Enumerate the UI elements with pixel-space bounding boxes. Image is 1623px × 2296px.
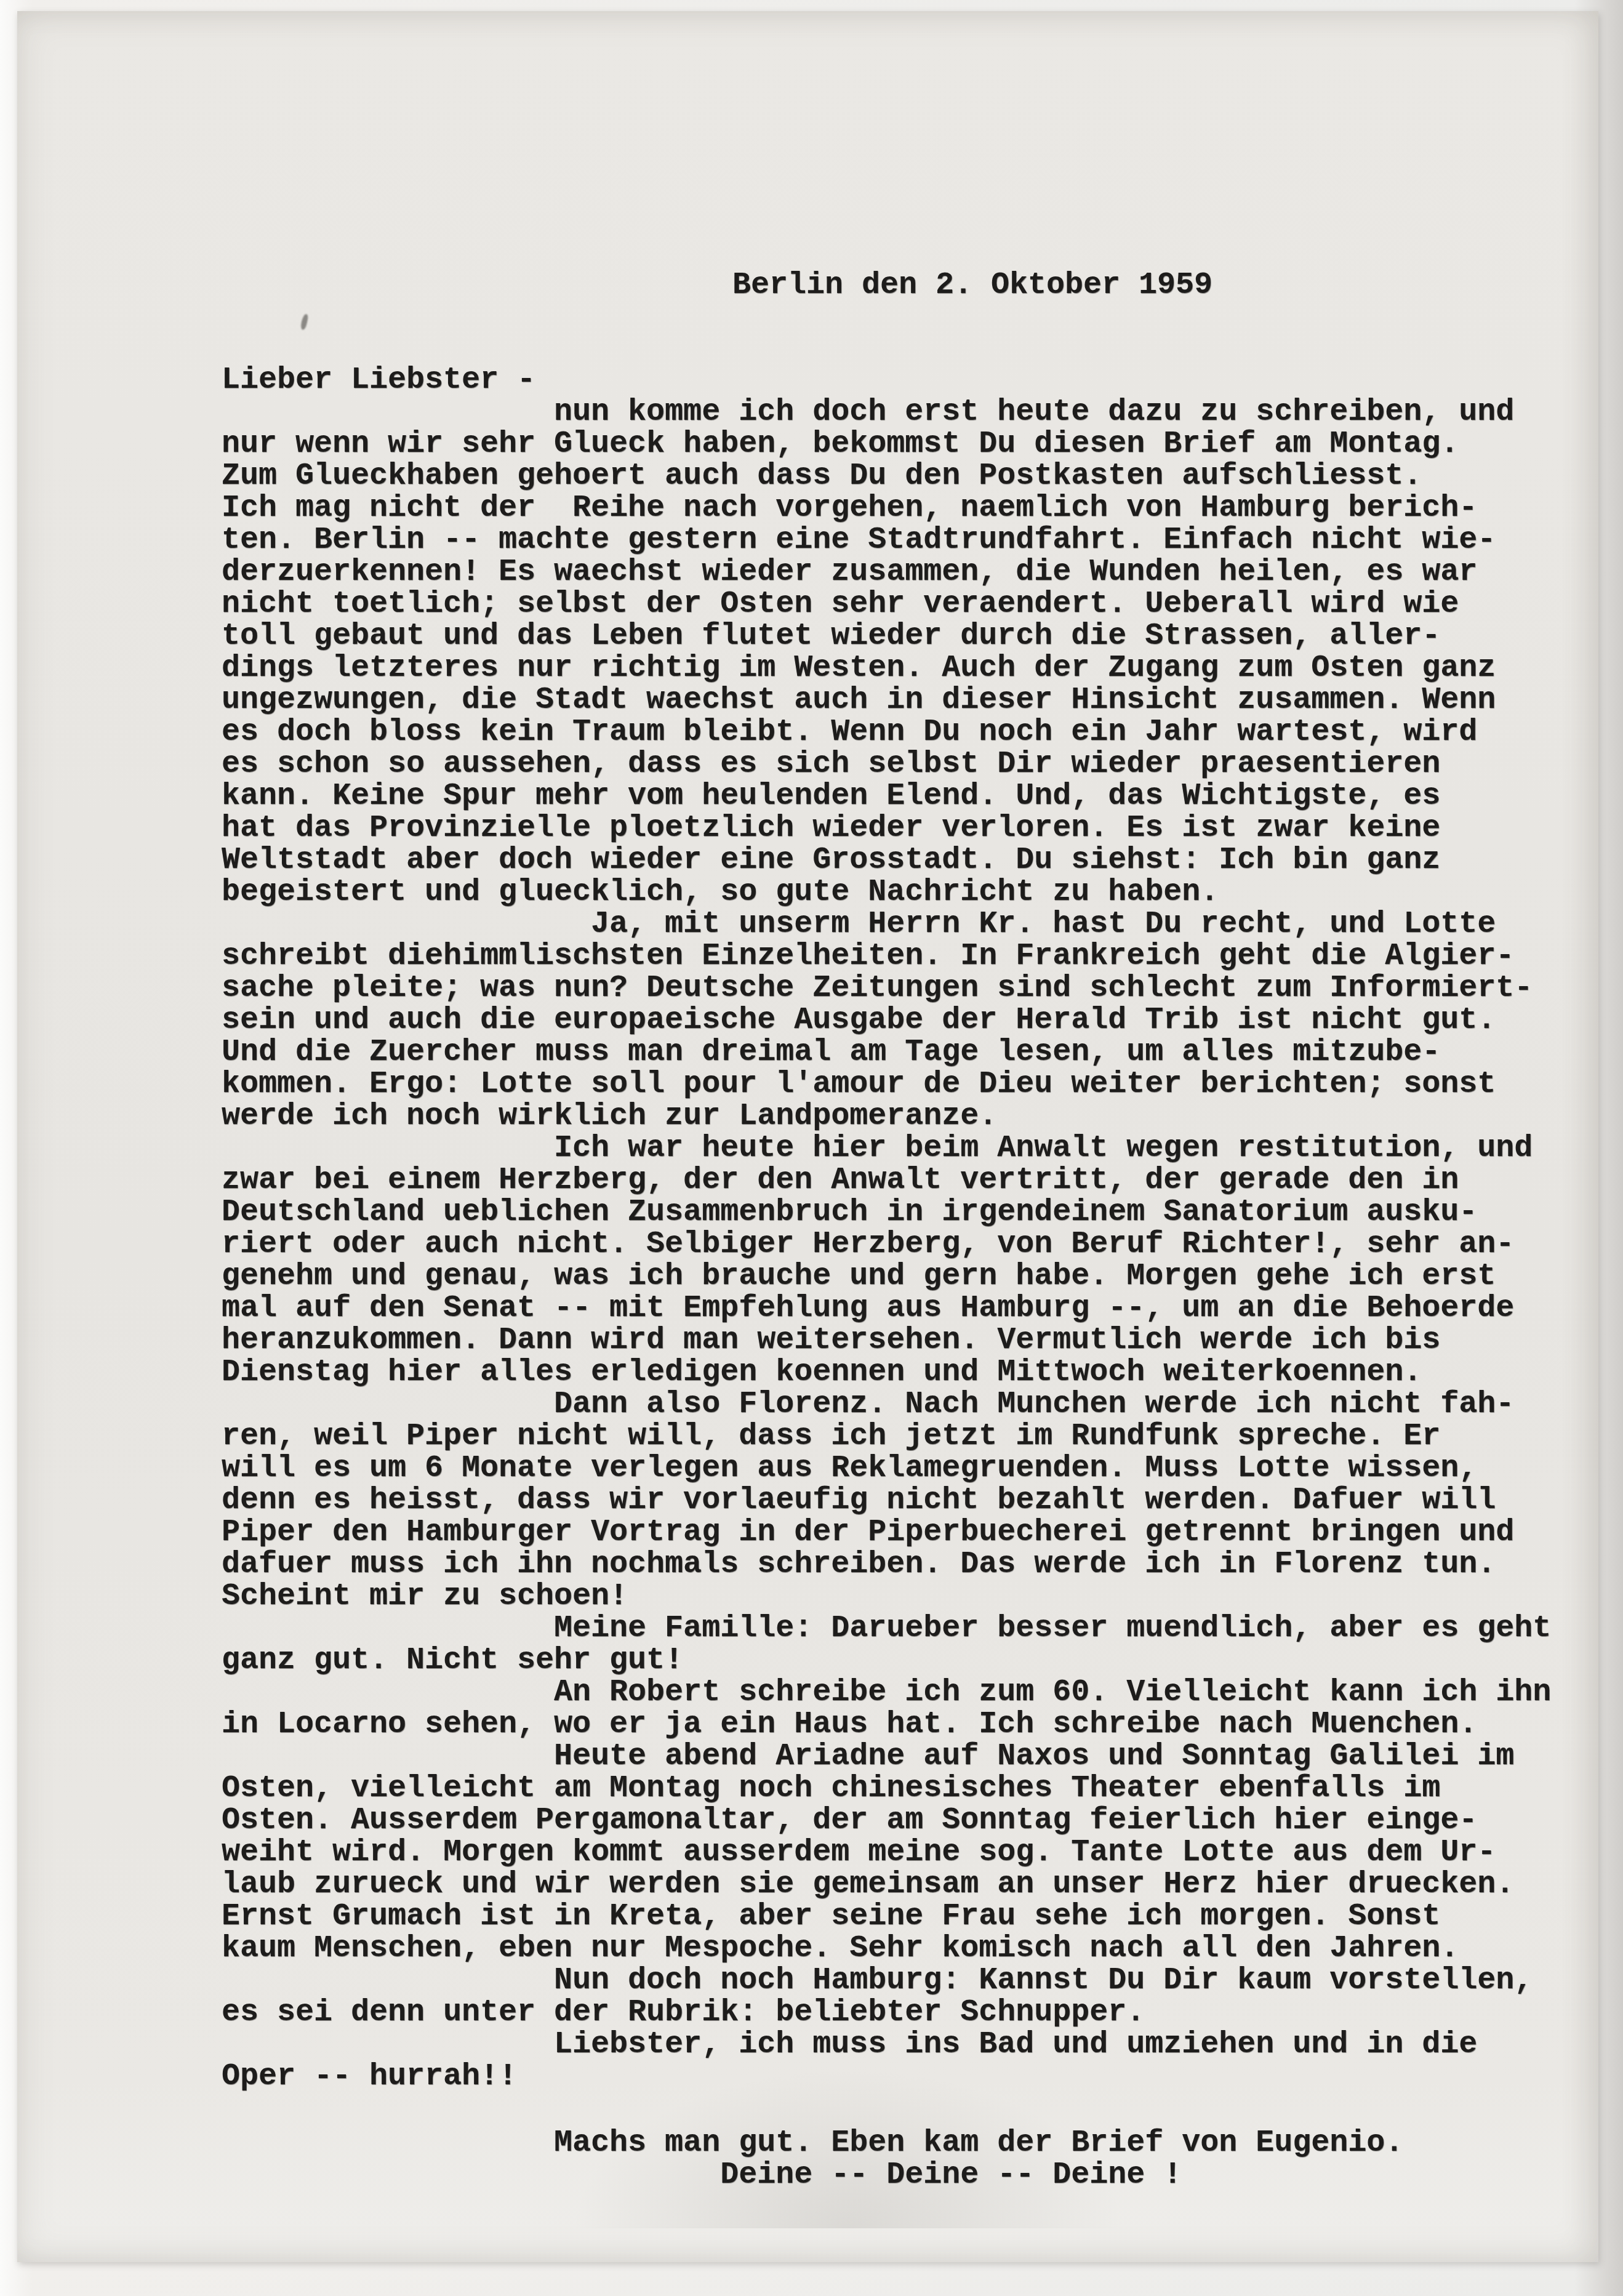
letter-paper: Berlin den 2. Oktober 1959 Lieber Liebst… [17,11,1598,2262]
letter-content: Berlin den 2. Oktober 1959 Lieber Liebst… [222,11,1549,2191]
letter-date: Berlin den 2. Oktober 1959 [732,270,1549,302]
scanned-letter-page: { "document": { "type": "typewritten-let… [0,0,1623,2296]
letter-salutation: Lieber Liebster - [222,364,1549,396]
letter-body: nun komme ich doch erst heute dazu zu sc… [222,396,1549,2093]
letter-closing: Machs man gut. Eben kam der Brief von Eu… [222,2127,1549,2191]
